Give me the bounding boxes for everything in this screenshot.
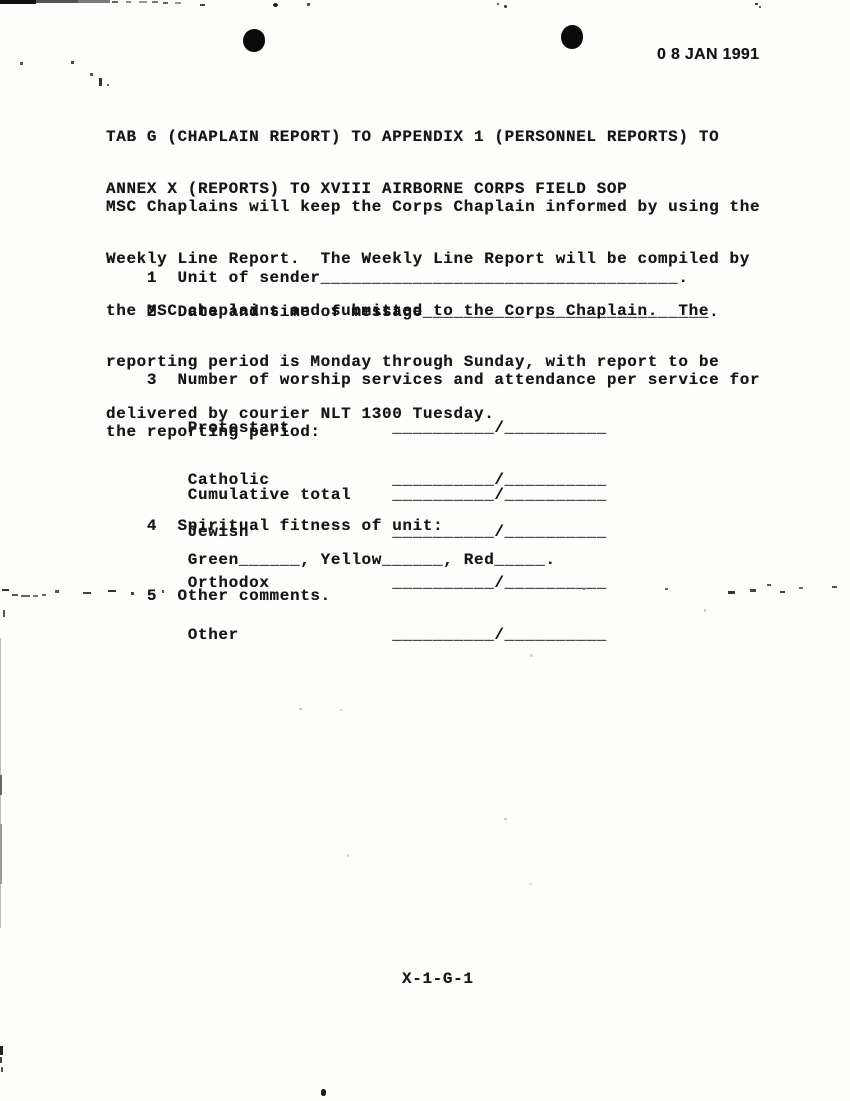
scan-artifact	[42, 594, 46, 596]
scan-artifact	[33, 595, 38, 597]
worship-row-other: Other __________/__________	[106, 627, 607, 644]
scan-artifact	[20, 62, 23, 65]
scan-artifact	[131, 592, 134, 595]
scan-artifact	[529, 883, 532, 885]
page-number: X-1-G-1	[402, 971, 474, 988]
spiritual-fitness-blanks: Green______, Yellow______, Red_____.	[106, 552, 556, 569]
scan-artifact	[12, 594, 18, 596]
title-line: TAB G (CHAPLAIN REPORT) TO APPENDIX 1 (P…	[106, 129, 719, 146]
scan-artifact	[583, 588, 585, 590]
hole-punch-mark	[243, 29, 265, 52]
scan-artifact	[55, 590, 59, 593]
paragraph-line: Weekly Line Report. The Weekly Line Repo…	[106, 251, 760, 268]
scan-artifact	[0, 1057, 2, 1063]
scan-artifact	[832, 586, 837, 588]
hole-punch-mark	[561, 25, 583, 49]
scan-artifact	[36, 0, 78, 3]
paragraph-line: MSC Chaplains will keep the Corps Chapla…	[106, 199, 760, 216]
scan-artifact	[299, 708, 302, 710]
scan-artifact	[0, 1046, 3, 1055]
form-item-date-time: 2 Date and time of message__________ ___…	[106, 304, 719, 321]
scan-artifact	[755, 3, 758, 5]
scan-artifact	[1, 1067, 3, 1072]
scan-artifact	[200, 4, 205, 6]
worship-row-protestant: Protestant __________/__________	[106, 420, 607, 437]
scan-artifact	[799, 587, 803, 589]
scan-artifact	[728, 591, 735, 594]
scan-artifact	[704, 609, 706, 612]
scan-artifact	[273, 3, 278, 7]
scan-artifact	[163, 2, 168, 4]
scan-artifact	[504, 818, 507, 820]
scan-artifact	[126, 1, 131, 3]
scan-artifact	[497, 3, 499, 5]
scan-artifact	[107, 84, 109, 86]
form-item-spiritual-fitness: 4 Spiritual fitness of unit:	[106, 518, 443, 535]
scan-artifact	[530, 654, 533, 657]
scan-artifact	[152, 1, 158, 3]
scan-artifact	[0, 775, 2, 795]
scan-artifact	[759, 6, 761, 8]
scan-artifact	[83, 592, 91, 594]
scan-artifact	[175, 2, 181, 4]
scan-artifact	[99, 78, 102, 86]
scan-artifact	[139, 1, 147, 3]
scan-artifact	[504, 5, 507, 8]
scan-artifact	[108, 590, 116, 592]
scan-artifact	[21, 595, 30, 597]
scan-artifact	[750, 589, 756, 592]
scan-artifact	[767, 584, 771, 586]
scan-artifact	[0, 0, 36, 4]
date-stamp: 0 8 JAN 1991	[657, 46, 759, 64]
scan-artifact	[2, 589, 9, 591]
scan-artifact	[0, 824, 2, 884]
scan-artifact	[780, 591, 785, 593]
scan-artifact	[3, 610, 5, 617]
scan-artifact	[162, 590, 164, 593]
scan-artifact	[340, 709, 342, 711]
scan-artifact	[78, 0, 110, 3]
scanned-document-page: 0 8 JAN 1991 TAB G (CHAPLAIN REPORT) TO …	[0, 0, 850, 1101]
scan-artifact	[321, 1089, 326, 1096]
form-item-other-comments: 5 Other comments.	[106, 588, 331, 605]
scan-artifact	[112, 1, 118, 3]
scan-artifact	[665, 588, 668, 590]
scan-artifact	[90, 73, 93, 76]
scan-artifact	[71, 61, 74, 64]
form-item-unit-of-sender: 1 Unit of sender________________________…	[106, 270, 689, 287]
worship-row-cumulative-total: Cumulative total __________/__________	[106, 487, 607, 504]
scan-artifact	[347, 854, 349, 857]
scan-artifact	[307, 3, 310, 6]
